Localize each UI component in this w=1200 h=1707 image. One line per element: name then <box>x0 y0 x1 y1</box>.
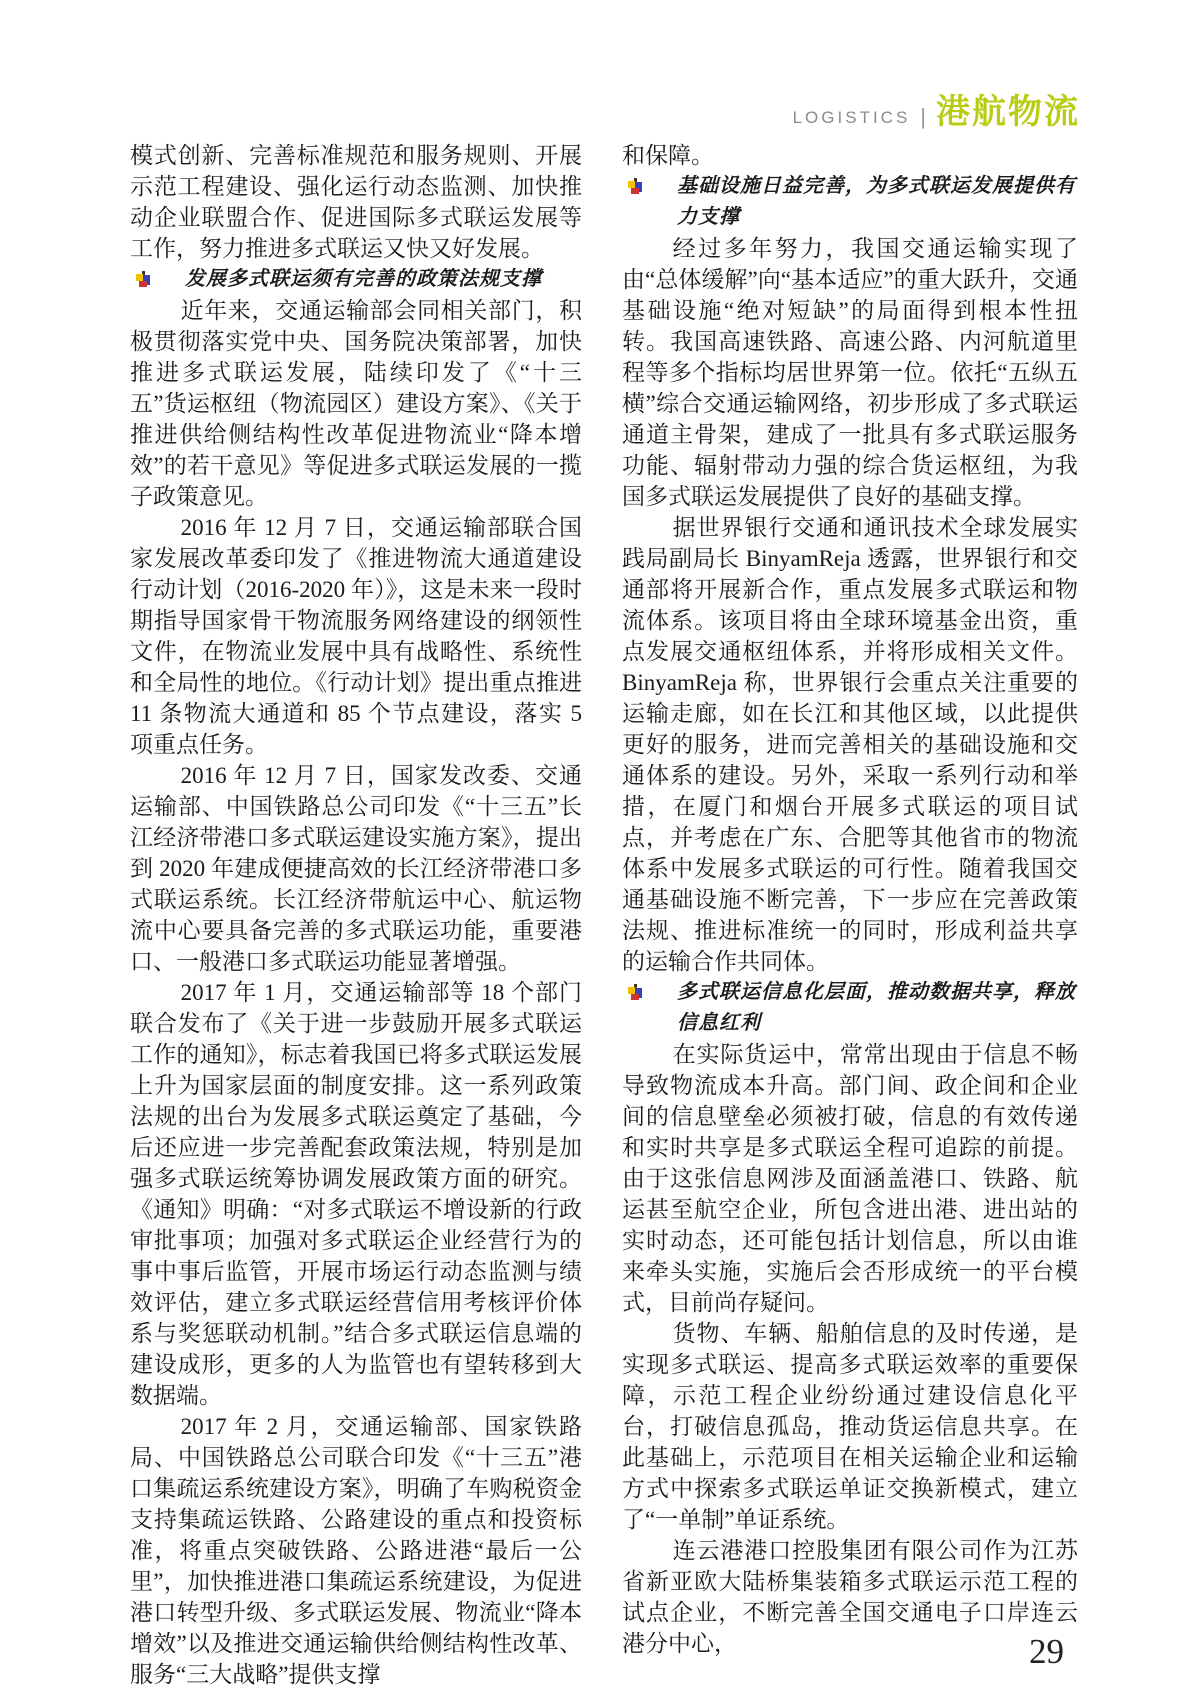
paragraph: 和保障。 <box>622 140 1078 171</box>
section-heading-text: 基础设施日益完善，为多式联运发展提供有力支撑 <box>677 175 1076 228</box>
paragraph: 据世界银行交通和通讯技术全球发展实践局副局长 BinyamReja 透露，世界银… <box>622 512 1078 977</box>
paragraph: 经过多年努力，我国交通运输实现了由“总体缓解”向“基本适应”的重大跃升，交通基础… <box>622 233 1078 512</box>
section-heading: 基础设施日益完善，为多式联运发展提供有力支撑 <box>622 171 1078 233</box>
magazine-page: LOGISTICS | 港航物流 模式创新、完善标准规范和服务规则、开展示范工程… <box>0 0 1200 1707</box>
section-heading-text: 多式联运信息化层面，推动数据共享，释放信息红利 <box>677 981 1076 1034</box>
paragraph: 连云港港口控股集团有限公司作为江苏省新亚欧大陆桥集装箱多式联运示范工程的试点企业… <box>622 1535 1078 1659</box>
section-heading-text: 发展多式联运须有完善的政策法规支撑 <box>185 268 542 290</box>
header-section-en: LOGISTICS <box>793 108 911 128</box>
left-column: 模式创新、完善标准规范和服务规则、开展示范工程建设、强化运行动态监测、加快推动企… <box>130 140 582 1690</box>
section-bullet-icon <box>628 178 643 195</box>
page-header: LOGISTICS | 港航物流 <box>793 84 1080 133</box>
paragraph: 在实际货运中，常常出现由于信息不畅导致物流成本升高。部门间、政企间和企业间的信息… <box>622 1039 1078 1318</box>
paragraph: 2016 年 12 月 7 日，交通运输部联合国家发展改革委印发了《推进物流大通… <box>130 512 582 760</box>
section-heading: 发展多式联运须有完善的政策法规支撑 <box>130 264 582 295</box>
right-column: 和保障。 基础设施日益完善，为多式联运发展提供有力支撑 经过多年努力，我国交通运… <box>622 140 1078 1659</box>
paragraph: 模式创新、完善标准规范和服务规则、开展示范工程建设、强化运行动态监测、加快推动企… <box>130 140 582 264</box>
paragraph: 2017 年 1 月，交通运输部等 18 个部门联合发布了《关于进一步鼓励开展多… <box>130 977 582 1411</box>
section-heading: 多式联运信息化层面，推动数据共享，释放信息红利 <box>622 977 1078 1039</box>
paragraph: 货物、车辆、船舶信息的及时传递，是实现多式联运、提高多式联运效率的重要保障，示范… <box>622 1318 1078 1535</box>
paragraph: 近年来，交通运输部会同相关部门，积极贯彻落实党中央、国务院决策部署，加快推进多式… <box>130 295 582 512</box>
section-bullet-icon <box>628 984 643 1001</box>
section-bullet-icon <box>136 271 151 288</box>
header-separator: | <box>920 104 926 130</box>
paragraph: 2016 年 12 月 7 日，国家发改委、交通运输部、中国铁路总公司印发《“十… <box>130 760 582 977</box>
paragraph: 2017 年 2 月，交通运输部、国家铁路局、中国铁路总公司联合印发《“十三五”… <box>130 1411 582 1690</box>
page-footer: 29 <box>1029 1632 1064 1672</box>
page-number: 29 <box>1029 1632 1064 1671</box>
header-section-zh: 港航物流 <box>936 84 1080 133</box>
